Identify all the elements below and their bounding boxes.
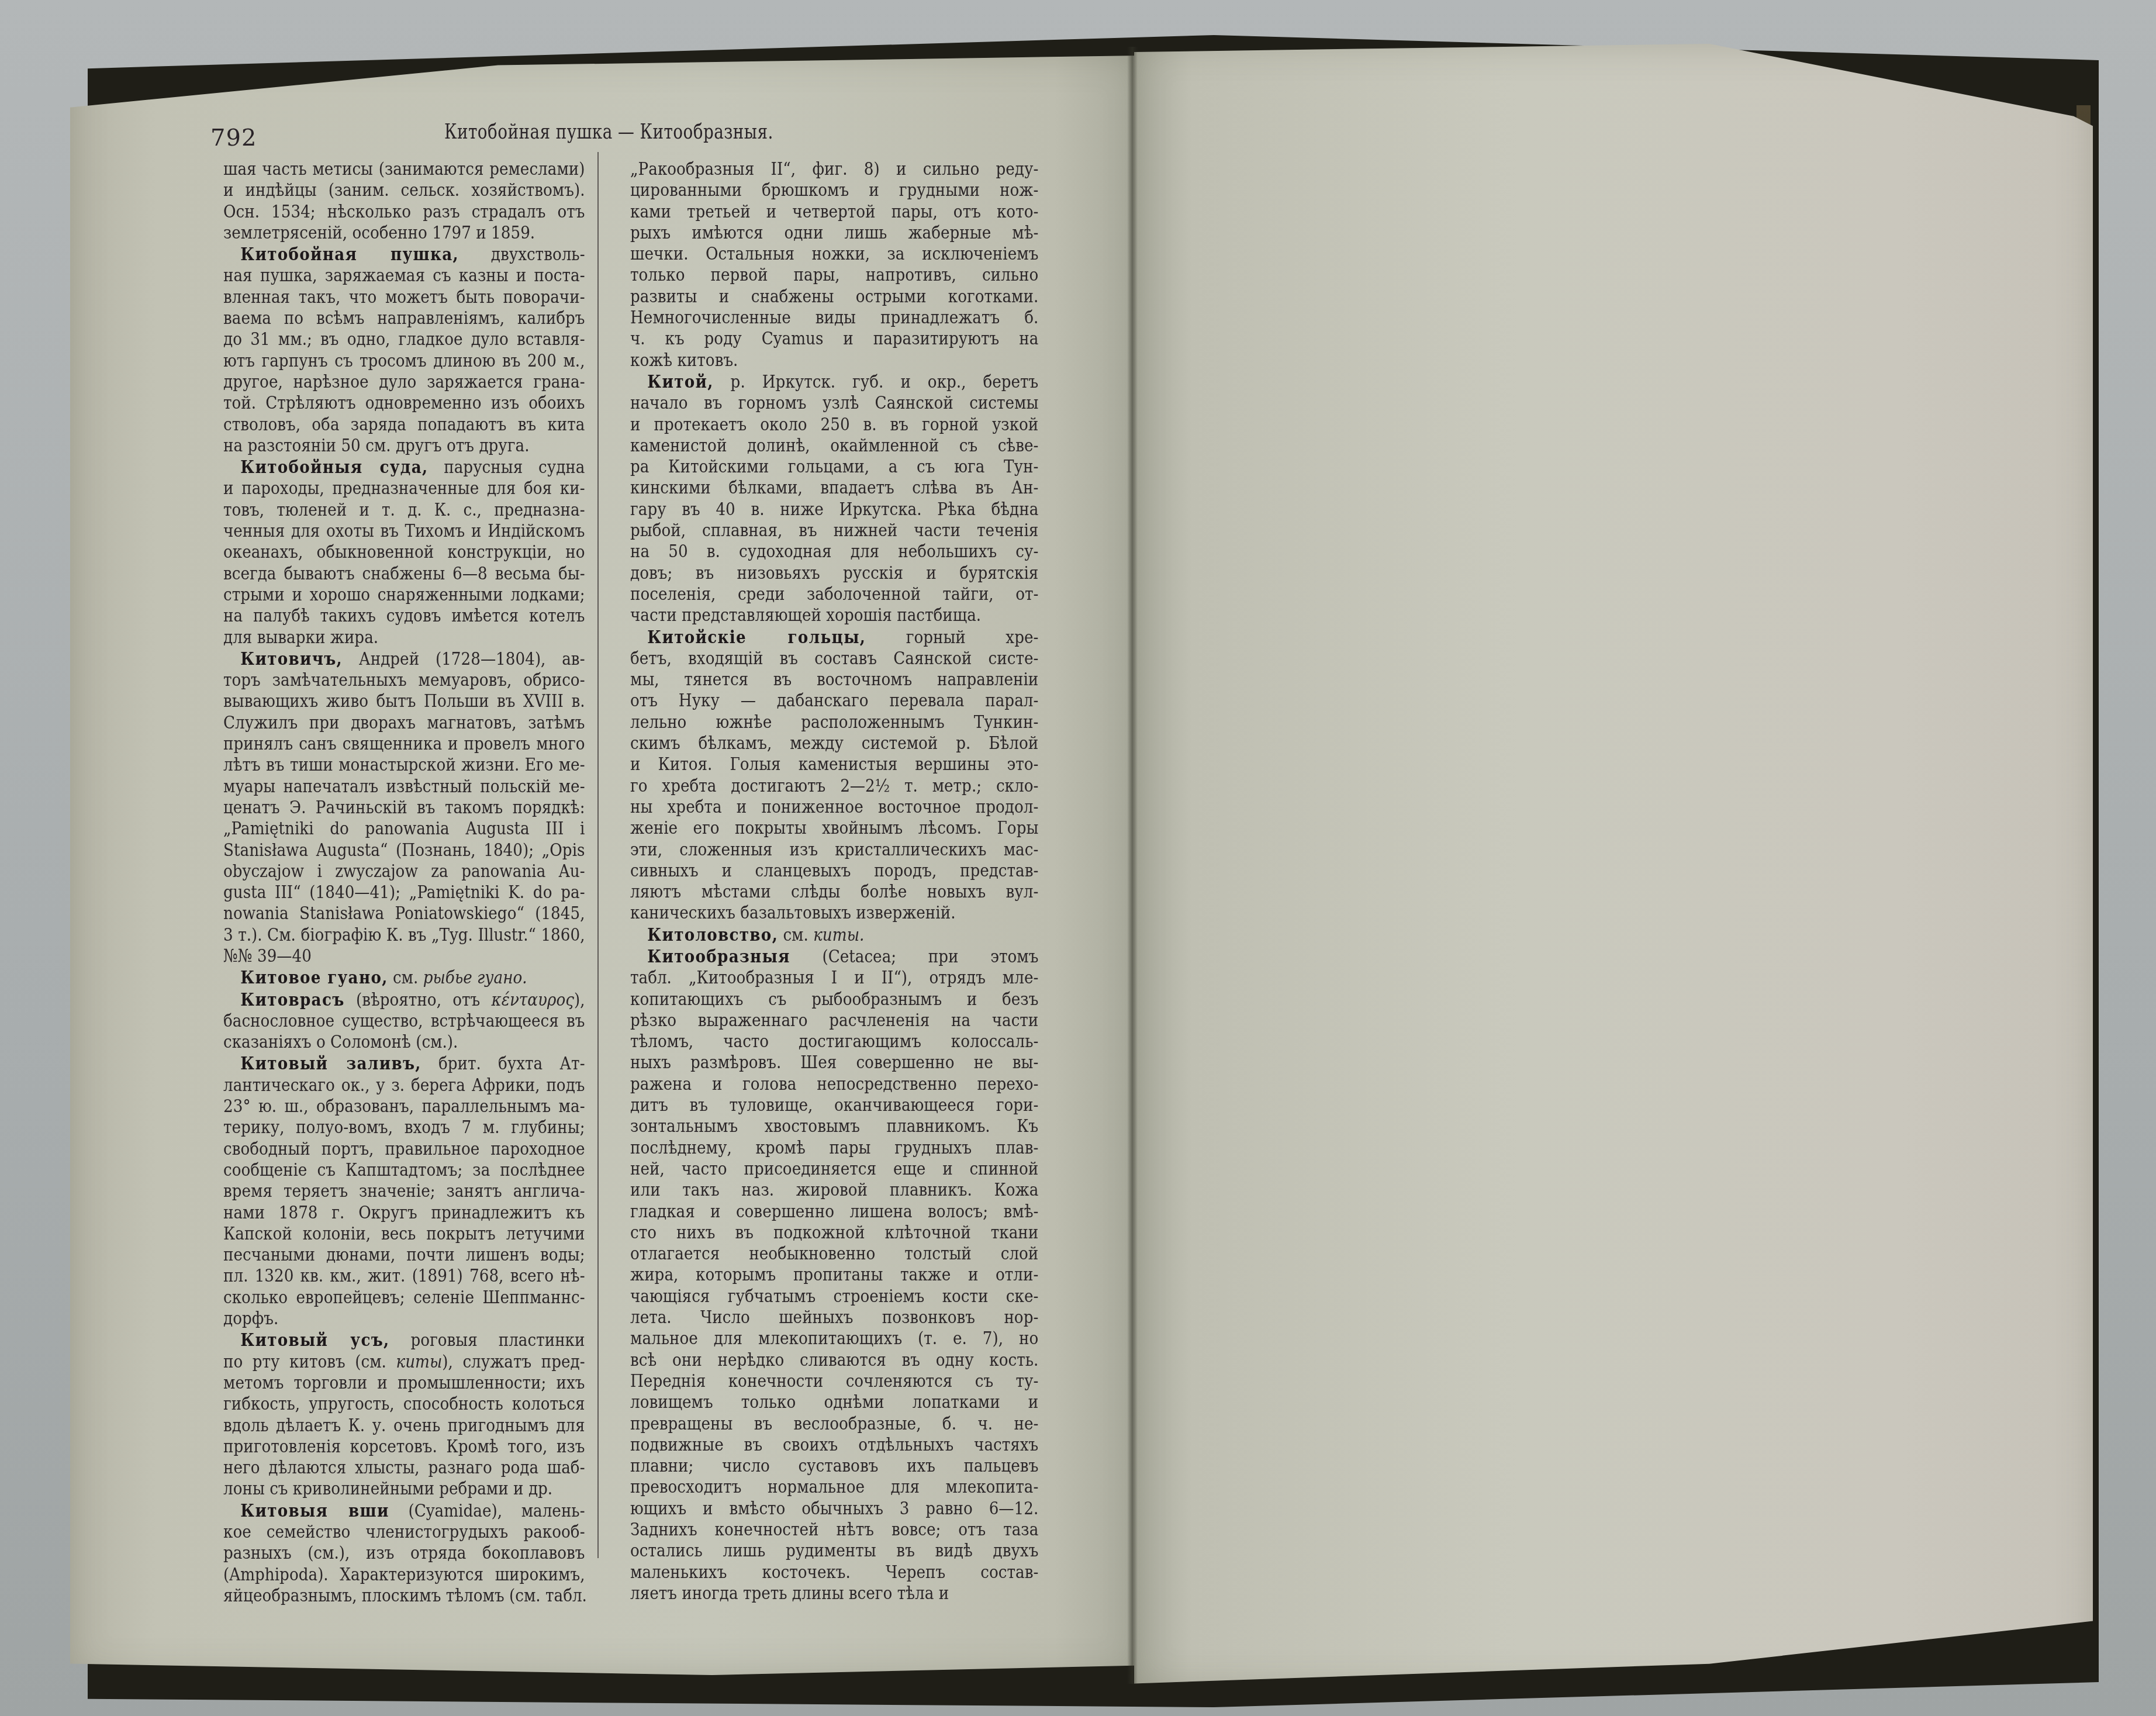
text-line: яйцеобразнымъ, плоскимъ тѣломъ (см. табл… [223, 1586, 585, 1607]
text-line: сивныхъ и сланцевыхъ породъ, представ- [630, 861, 1038, 882]
text-line: „Pamiętniki do panowania Augusta III i [223, 819, 585, 840]
text-line: (Amphipoda). Характеризуются широкимъ, [223, 1565, 585, 1586]
entry-headword: Китовыя вши [240, 1500, 389, 1521]
text-line: шечки. Остальныя ножки, за исключеніемъ [630, 244, 1038, 265]
dictionary-entry: Китовичъ, Андрей (1728—1804), ав-торъ за… [223, 648, 586, 967]
text-line: „Ракообразныя II“, фиг. 8) и сильно реду… [630, 159, 1038, 180]
text-line: ныхъ размѣровъ. Шея совершенно не вы- [630, 1052, 1038, 1073]
text-line: ляютъ мѣстами слѣды болѣе новыхъ вул- [630, 882, 1038, 903]
greek-etymology: κένταυρος [492, 990, 574, 1010]
text-line: каменистой долинѣ, окаймленной съ сѣве- [630, 436, 1038, 457]
text-line: ная пушка, заряжаемая съ казны и поста- [223, 265, 585, 286]
text-line: ляетъ иногда треть длины всего тѣла и [630, 1583, 1038, 1604]
running-head-title: Китобойная пушка — Китообразныя. [444, 120, 773, 144]
text-line: поселенія, среди заболоченной тайги, от- [630, 584, 1038, 605]
text-line: и протекаетъ около 250 в. въ горной узко… [630, 415, 1038, 436]
text-line: гибкость, упругость, способность колотьс… [223, 1394, 585, 1415]
text-line: начало въ горномъ узлѣ Саянской системы [630, 393, 1038, 414]
dictionary-entry: Китобойная пушка, двухстволь-ная пушка, … [223, 244, 586, 457]
text-line: или такъ наз. жировой плавникъ. Кожа [630, 1180, 1038, 1201]
text-line: терику, полуо-вомъ, входъ 7 м. глубины; [223, 1117, 585, 1138]
text-line: части представляющей хорошія пастбища. [630, 605, 1038, 626]
text-line: вдоль дѣлаетъ К. у. очень пригоднымъ для [223, 1415, 585, 1437]
text-line: баснословное существо, встрѣчающееся въ [223, 1011, 585, 1032]
column-rule [597, 152, 599, 1558]
text-line: другое, нарѣзное дуло заряжается грана- [223, 372, 585, 393]
entry-headword: Китовый заливъ, [240, 1053, 421, 1074]
text-line: и пароходы, предназначенные для боя ки- [223, 478, 585, 499]
text-line: стрыми и хорошо снаряженными лодками; [223, 585, 585, 606]
text-line: ютъ гарпунъ съ тросомъ длиною въ 200 м., [223, 351, 585, 372]
text-line: nowania Stanisława Poniatowskiego“ (1845… [223, 903, 585, 924]
text-line: послѣднему, кромѣ пары грудныхъ плав- [630, 1138, 1038, 1159]
text-line: метомъ торговли и промышленности; ихъ [223, 1373, 585, 1394]
text-line: ками третьей и четвертой пары, отъ кото- [630, 202, 1038, 223]
cross-reference: киты [396, 1352, 442, 1372]
text-line: го хребта достигаютъ 2—2½ т. метр.; скло… [630, 776, 1038, 797]
dictionary-entry: шая часть метисы (занимаются ремеслами)и… [223, 159, 586, 244]
text-line: ценатъ Э. Рачиньскій въ такомъ порядкѣ: [223, 797, 585, 819]
text-line: дорфъ. [223, 1308, 585, 1330]
text-line: рѣзко выраженнаго расчлененія на части [630, 1010, 1038, 1031]
text-line: ражена и голова непосредственно перехо- [630, 1074, 1038, 1095]
text-line: 3 т.). См. біографію К. въ „Tyg. Illustr… [223, 925, 585, 946]
text-line: сто нихъ въ подкожной клѣточной ткани [630, 1223, 1038, 1244]
text-line: сколько европейцевъ; селеніе Шеппманнс- [223, 1287, 585, 1308]
text-line: на разстояніи 50 см. другъ отъ друга. [223, 436, 585, 457]
text-line: гладкая и совершенно лишена волосъ; вмѣ- [630, 1201, 1038, 1223]
text-line: той. Стрѣляютъ одновременно изъ обоихъ [223, 393, 585, 414]
text-line: торъ замѣчательныхъ мемуаровъ, обрисо- [223, 670, 585, 691]
text-line: лета. Число шейныхъ позвонковъ нор- [630, 1307, 1038, 1328]
text-line: gusta III“ (1840—41); „Pamiętniki K. do … [223, 882, 585, 903]
text-line: лельно южнѣе расположеннымъ Тункин- [630, 712, 1038, 733]
text-line: превосходитъ нормальное для млекопита- [630, 1477, 1038, 1498]
text-line: Stanisława Augusta“ (Познань, 1840); „Op… [223, 840, 585, 861]
text-line: вленная такъ, что можетъ быть поворачи- [223, 287, 585, 308]
text-line: Китобойная пушка, двухстволь- [223, 244, 585, 265]
entry-headword: Китоврасъ [240, 989, 344, 1010]
text-line: ч. къ роду Cyamus и паразитируютъ на [630, 329, 1038, 350]
text-line: превращены въ веслообразные, б. ч. не- [630, 1414, 1038, 1435]
text-line: Китообразныя (Cetacea; при этомъ [630, 946, 1038, 968]
text-line: развиты и снабжены острыми коготками. [630, 286, 1038, 308]
text-line: Китовичъ, Андрей (1728—1804), ав- [223, 648, 585, 670]
text-line: Заднихъ конечностей нѣтъ вовсе; отъ таза [630, 1520, 1038, 1541]
text-line: Китойскіе гольцы, горный хре- [630, 627, 1038, 648]
text-line: зонтальнымъ хвостовымъ плавникомъ. Къ [630, 1116, 1038, 1137]
text-line: отъ Нуку — дабанскаго перевала парал- [630, 690, 1038, 712]
text-line: до 31 мм.; въ одно, гладкое дуло вставля… [223, 329, 585, 350]
dictionary-entry: Китой, р. Иркутск. губ. и окр., беретъна… [630, 371, 1039, 627]
text-line: по рту китовъ (см. киты), служатъ пред- [223, 1352, 585, 1373]
entry-headword: Китобойныя суда, [240, 457, 428, 478]
text-line: ваема по всѣмъ направленіямъ, калибръ [223, 308, 585, 329]
text-line: и Китоя. Голыя каменистыя вершины это- [630, 754, 1038, 775]
text-line: лѣтъ въ тиши монастырской жизни. Его ме- [223, 755, 585, 776]
book-gutter [1127, 47, 1138, 1684]
right-text-column: „Ракообразныя II“, фиг. 8) и сильно реду… [630, 159, 1039, 1604]
text-line: скимъ бѣлкамъ, между системой р. Бѣлой [630, 733, 1038, 754]
text-line: принялъ санъ священника и провелъ много [223, 734, 585, 755]
text-line: него дѣлаются хлысты, разнаго рода шаб- [223, 1458, 585, 1479]
dictionary-entry: Китоловство, см. киты. [630, 924, 1039, 946]
text-line: нами 1878 г. Округъ принадлежитъ къ [223, 1203, 585, 1224]
dictionary-entry: Китовыя вши (Cyamidae), малень-кое семей… [223, 1500, 586, 1607]
entry-headword: Китовичъ, [240, 648, 343, 669]
text-line: рыбой, сплавная, въ нижней части теченія [630, 520, 1038, 541]
text-line: остались лишь рудименты въ видѣ двухъ [630, 1541, 1038, 1562]
text-line: лантическаго ок., у з. берега Африки, по… [223, 1075, 585, 1096]
left-text-column: шая часть метисы (занимаются ремеслами)и… [223, 159, 586, 1607]
text-line: копитающихъ съ рыбообразнымъ и безъ [630, 989, 1038, 1010]
text-line: Китовый усъ, роговыя пластинки [223, 1330, 585, 1351]
text-line: муары напечаталъ извѣстный польскій ме- [223, 776, 585, 797]
text-line: тѣломъ, часто достигающимъ колоссаль- [630, 1031, 1038, 1052]
running-head: 792 Китобойная пушка — Китообразныя. [210, 120, 1058, 155]
text-line: жира, которымъ пропитаны также и отли- [630, 1265, 1038, 1286]
text-line: 23° ю. ш., образованъ, параллельнымъ ма- [223, 1096, 585, 1117]
text-line: мальное для млекопитающихъ (т. е. 7), но [630, 1328, 1038, 1349]
text-line: бетъ, входящій въ составъ Саянской систе… [630, 648, 1038, 669]
text-line: только первой пары, напротивъ, сильно [630, 265, 1038, 286]
text-line: цированными брюшкомъ и грудными нож- [630, 180, 1038, 201]
text-line: пл. 1320 кв. км., жит. (1891) 768, всего… [223, 1266, 585, 1287]
text-line: ченныя для охоты въ Тихомъ и Индійскомъ [223, 521, 585, 542]
dictionary-entry: Китобойныя суда, парусныя суднаи пароход… [223, 457, 586, 648]
text-line: Служилъ при дворахъ магнатовъ, затѣмъ [223, 713, 585, 734]
text-line: Немногочисленные виды принадлежатъ б. [630, 308, 1038, 329]
page-number: 792 [210, 125, 257, 151]
entry-headword: Китойскіе гольцы, [647, 627, 866, 648]
text-line: мы, тянется въ восточномъ направленіи [630, 669, 1038, 690]
entry-headword: Китой, [647, 371, 713, 392]
text-line: ловищемъ только однѣми лопатками и [630, 1392, 1038, 1413]
text-line: кожѣ китовъ. [630, 350, 1038, 371]
text-line: вывающихъ живо бытъ Польши въ XVIII в. [223, 691, 585, 712]
text-line: женіе его покрыты хвойнымъ лѣсомъ. Горы [630, 818, 1038, 839]
text-line: товъ, тюленей и т. д. К. с., предназна- [223, 500, 585, 521]
cross-reference: рыбье гуано. [423, 968, 527, 988]
text-line: кинскими бѣлками, впадаетъ слѣва въ Ан- [630, 478, 1038, 499]
text-line: эти, сложенныя изъ кристаллическихъ мас- [630, 840, 1038, 861]
text-line: Капской колоніи, весь покрытъ летучими [223, 1224, 585, 1245]
dictionary-entry: Китовый усъ, роговыя пластинкипо рту кит… [223, 1330, 586, 1500]
text-line: на 50 в. судоходная для небольшихъ су- [630, 541, 1038, 562]
text-line: довъ; въ низовьяхъ русскія и бурятскія [630, 563, 1038, 584]
text-line: разныхъ (см.), изъ отряда бокоплавовъ [223, 1543, 585, 1564]
text-line: свободный портъ, правильное пароходное [223, 1139, 585, 1160]
text-line: стволовъ, оба заряда попадаютъ въ кита [223, 415, 585, 436]
text-line: Китовое гуано, см. рыбье гуано. [223, 967, 585, 989]
text-line: ющихъ и вмѣсто обычныхъ 3 равно 6—12. [630, 1499, 1038, 1520]
text-line: каническихъ базальтовыхъ изверженій. [630, 903, 1038, 924]
text-line: Китоловство, см. киты. [630, 924, 1038, 946]
text-line: ра Китойскими гольцами, а съ юга Тун- [630, 457, 1038, 478]
entry-headword: Китообразныя [647, 946, 790, 967]
text-line: Переднія конечности сочленяются съ ту- [630, 1371, 1038, 1392]
text-line: и индѣйцы (заним. сельск. хозяйствомъ). [223, 180, 585, 201]
text-line: кое семейство членистогрудыхъ ракооб- [223, 1522, 585, 1543]
dictionary-entry: Китоврасъ (вѣроятно, отъ κένταυρος),басн… [223, 989, 586, 1054]
entry-headword: Китовый усъ, [240, 1330, 389, 1351]
text-line: землетрясеній, особенно 1797 и 1859. [223, 223, 585, 244]
text-line: лоны съ криволинейными ребрами и др. [223, 1479, 585, 1500]
entry-headword: Китобойная пушка, [240, 244, 459, 265]
entry-headword: Китовое гуано, [240, 967, 388, 988]
text-line: дитъ въ туловище, оканчивающееся гори- [630, 1095, 1038, 1116]
text-line: сообщеніе съ Капштадтомъ; за послѣднее [223, 1160, 585, 1181]
text-line: песчаными дюнами, почти лишенъ воды; [223, 1245, 585, 1266]
cross-reference: киты. [813, 925, 864, 945]
text-line: Китой, р. Иркутск. губ. и окр., беретъ [630, 371, 1038, 393]
entry-headword: Китоловство, [647, 924, 778, 945]
text-line: всѣ они нерѣдко сливаются въ одну кость. [630, 1350, 1038, 1371]
dictionary-entry: Китойскіе гольцы, горный хре-бетъ, входя… [630, 627, 1039, 924]
text-line: на палубѣ такихъ судовъ имѣется котелъ [223, 606, 585, 627]
text-line: шая часть метисы (занимаются ремеслами) [223, 159, 585, 180]
text-line: Осн. 1534; нѣсколько разъ страдалъ отъ [223, 202, 585, 223]
text-line: всегда бываютъ снабжены 6—8 весьма бы- [223, 564, 585, 585]
text-line: плавни; число суставовъ ихъ пальцевъ [630, 1456, 1038, 1477]
right-page-blank [1134, 44, 2093, 1687]
text-line: Китобойныя суда, парусныя судна [223, 457, 585, 478]
text-line: №№ 39—40 [223, 946, 585, 967]
text-line: чающіяся губчатымъ строеніемъ кости ске- [630, 1286, 1038, 1307]
text-line: рыхъ имѣются одни лишь жаберные мѣ- [630, 223, 1038, 244]
text-line: океанахъ, обыкновенной конструкціи, но [223, 542, 585, 563]
text-line: приготовленія корсетовъ. Кромѣ того, изъ [223, 1437, 585, 1458]
dictionary-entry: „Ракообразныя II“, фиг. 8) и сильно реду… [630, 159, 1039, 371]
text-line: ны хребта и пониженное восточное продол- [630, 797, 1038, 818]
text-line: табл. „Китообразныя I и II“), отрядъ мле… [630, 968, 1038, 989]
text-line: подвижные въ своихъ отдѣльныхъ частяхъ [630, 1435, 1038, 1456]
text-line: для выварки жира. [223, 627, 585, 648]
text-line: сказаніяхъ о Соломонѣ (см.). [223, 1032, 585, 1053]
dictionary-entry: Китовый заливъ, брит. бухта Ат-лантическ… [223, 1053, 586, 1330]
text-line: Китовый заливъ, брит. бухта Ат- [223, 1053, 585, 1075]
dictionary-entry: Китообразныя (Cetacea; при этомътабл. „К… [630, 946, 1039, 1604]
text-line: гару въ 40 в. ниже Иркутска. Рѣка бѣдна [630, 499, 1038, 520]
text-line: время теряетъ значеніе; занятъ англича- [223, 1181, 585, 1202]
text-line: obyczajow i zwyczajow za panowania Au- [223, 861, 585, 882]
text-line: маленькихъ косточекъ. Черепъ состав- [630, 1562, 1038, 1583]
text-line: отлагается необыкновенно толстый слой [630, 1244, 1038, 1265]
text-line: Китоврасъ (вѣроятно, отъ κένταυρος), [223, 989, 585, 1011]
text-line: Китовыя вши (Cyamidae), малень- [223, 1500, 585, 1522]
dictionary-entry: Китовое гуано, см. рыбье гуано. [223, 967, 586, 989]
text-line: ней, часто присоединяется еще и спинной [630, 1159, 1038, 1180]
